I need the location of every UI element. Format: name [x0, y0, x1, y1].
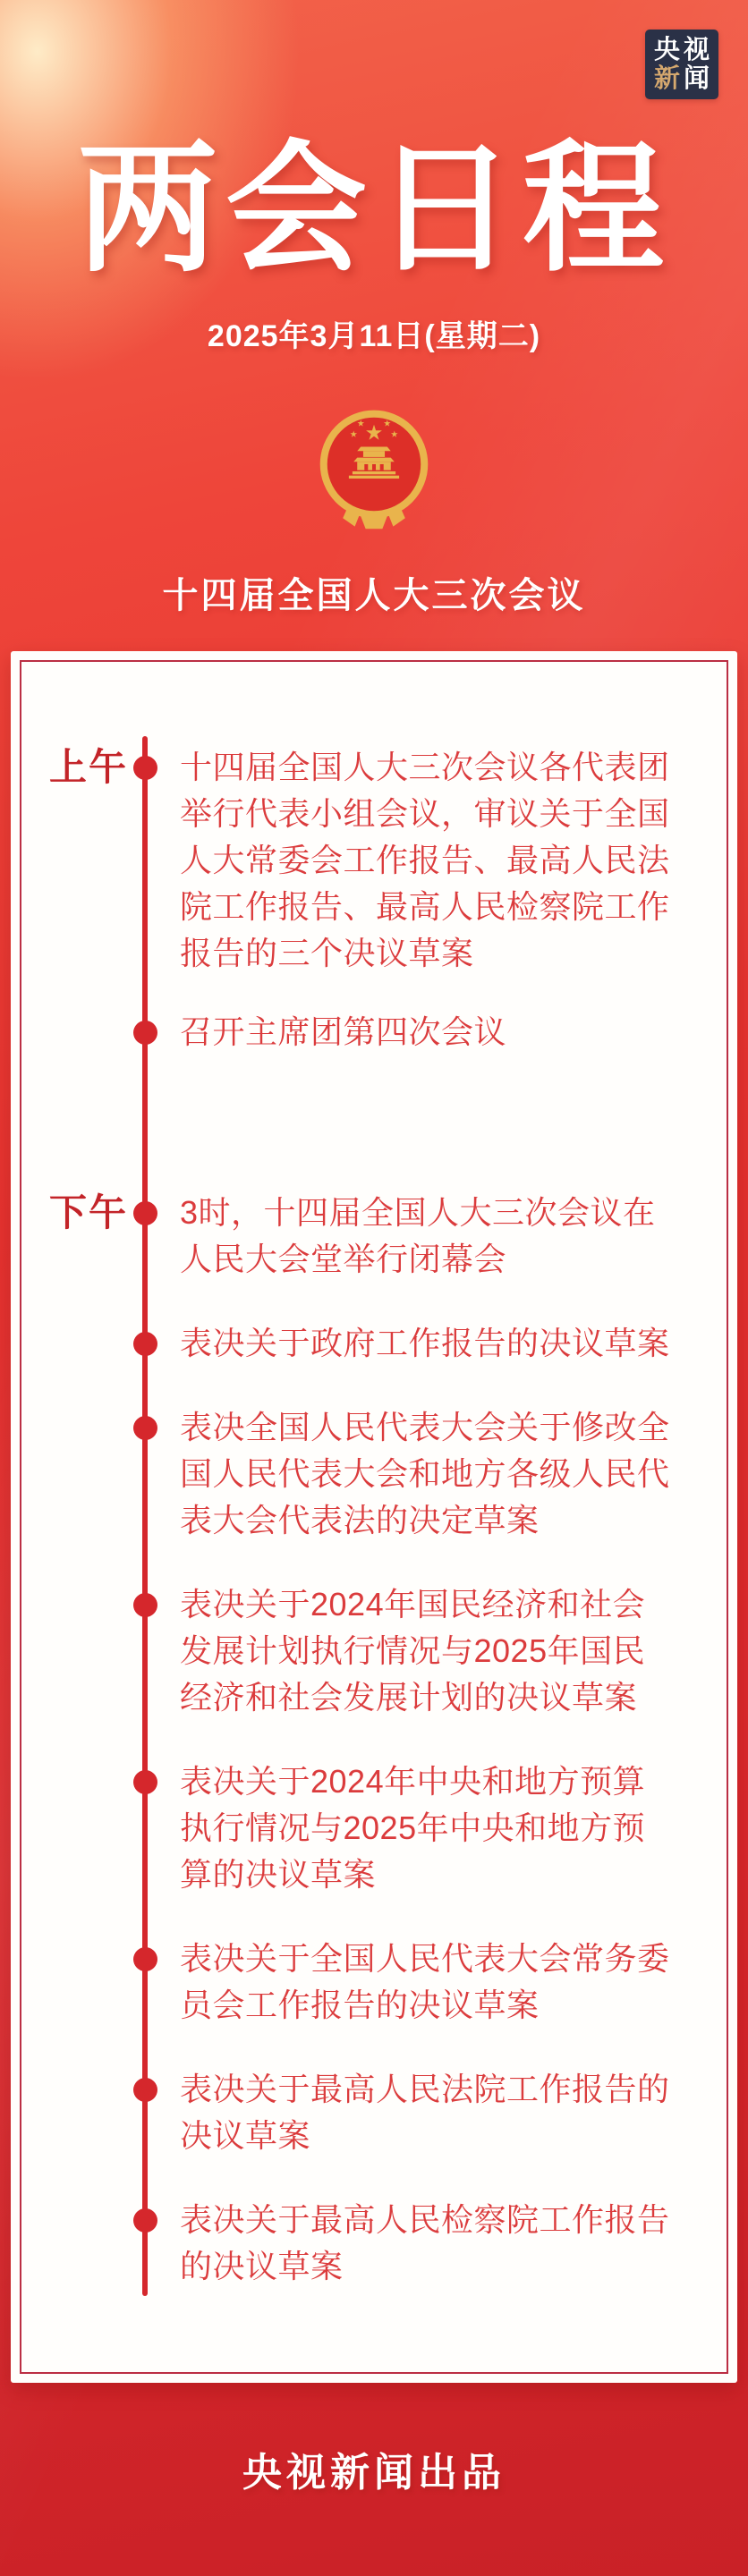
- schedule-item-text: 表决关于最高人民法院工作报告的决议草案: [180, 2066, 676, 2159]
- timeline-bullet-icon: [133, 1332, 157, 1356]
- schedule-item-text: 表决关于政府工作报告的决议草案: [180, 1320, 676, 1367]
- schedule-item: 表决关于全国人民代表大会常务委员会工作报告的决议草案: [11, 1936, 737, 2029]
- timeline-bullet-icon: [133, 1021, 157, 1045]
- date-text: 2025年3月11日(星期二): [0, 311, 748, 355]
- timeline-bullet-icon: [133, 756, 157, 780]
- timeline-bullet-icon: [133, 1416, 157, 1440]
- timeline-bullet-icon: [133, 2208, 157, 2233]
- schedule-item-text: 十四届全国人大三次会议各代表团举行代表小组会议，审议关于全国人大常委会工作报告、…: [180, 744, 676, 977]
- schedule-item: 表决关于2024年国民经济和社会发展计划执行情况与2025年国民经济和社会发展计…: [11, 1581, 737, 1721]
- schedule-item: 召开主席团第四次会议: [11, 1009, 737, 1055]
- national-emblem-icon: [314, 408, 434, 535]
- schedule-item-text: 表决关于全国人民代表大会常务委员会工作报告的决议草案: [180, 1936, 676, 2029]
- logo-char: 新: [654, 66, 680, 92]
- session-title: 十四届全国人大三次会议: [0, 567, 748, 618]
- footer-credit: 央视新闻出品: [0, 2440, 748, 2497]
- logo-char: 视: [684, 38, 710, 64]
- schedule-item: 表决全国人民代表大会关于修改全国人民代表大会和地方各级人民代表大会代表法的决定草…: [11, 1404, 737, 1544]
- schedule-item: 表决关于最高人民检察院工作报告的决议草案: [11, 2197, 737, 2290]
- schedule-item-text: 表决关于2024年国民经济和社会发展计划执行情况与2025年国民经济和社会发展计…: [180, 1581, 676, 1721]
- schedule-item-text: 表决关于2024年中央和地方预算执行情况与2025年中央和地方预算的决议草案: [180, 1758, 676, 1898]
- schedule-item-text: 3时，十四届全国人大三次会议在人民大会堂举行闭幕会: [180, 1190, 676, 1283]
- page-title: 两会日程: [0, 136, 748, 284]
- logo-char: 央: [654, 38, 680, 64]
- timeline-bullet-icon: [133, 1947, 157, 1971]
- schedule-card: 上午十四届全国人大三次会议各代表团举行代表小组会议，审议关于全国人大常委会工作报…: [11, 651, 737, 2383]
- timeline-bullet-icon: [133, 2078, 157, 2102]
- schedule-item: 表决关于最高人民法院工作报告的决议草案: [11, 2066, 737, 2159]
- schedule-item-text: 表决关于最高人民检察院工作报告的决议草案: [180, 2197, 676, 2290]
- schedule-item-text: 召开主席团第四次会议: [180, 1009, 676, 1055]
- timeline-bullet-icon: [133, 1593, 157, 1617]
- timeline-bullet-icon: [133, 1770, 157, 1794]
- schedule-item: 表决关于政府工作报告的决议草案: [11, 1320, 737, 1367]
- schedule-item: 十四届全国人大三次会议各代表团举行代表小组会议，审议关于全国人大常委会工作报告、…: [11, 744, 737, 977]
- logo-char: 闻: [684, 66, 710, 92]
- schedule-item: 3时，十四届全国人大三次会议在人民大会堂举行闭幕会: [11, 1190, 737, 1283]
- schedule-item-text: 表决全国人民代表大会关于修改全国人民代表大会和地方各级人民代表大会代表法的决定草…: [180, 1404, 676, 1544]
- timeline-bullet-icon: [133, 1201, 157, 1225]
- schedule-item: 表决关于2024年中央和地方预算执行情况与2025年中央和地方预算的决议草案: [11, 1758, 737, 1898]
- cctv-news-logo: 央 视 新 闻: [645, 30, 718, 99]
- schedule-section-afternoon: 下午3时，十四届全国人大三次会议在人民大会堂举行闭幕会表决关于政府工作报告的决议…: [11, 1190, 737, 2327]
- poster: 央 视 新 闻 两会日程 2025年3月11日(星期二): [0, 0, 748, 2576]
- schedule-section-morning: 上午十四届全国人大三次会议各代表团举行代表小组会议，审议关于全国人大常委会工作报…: [11, 744, 737, 1088]
